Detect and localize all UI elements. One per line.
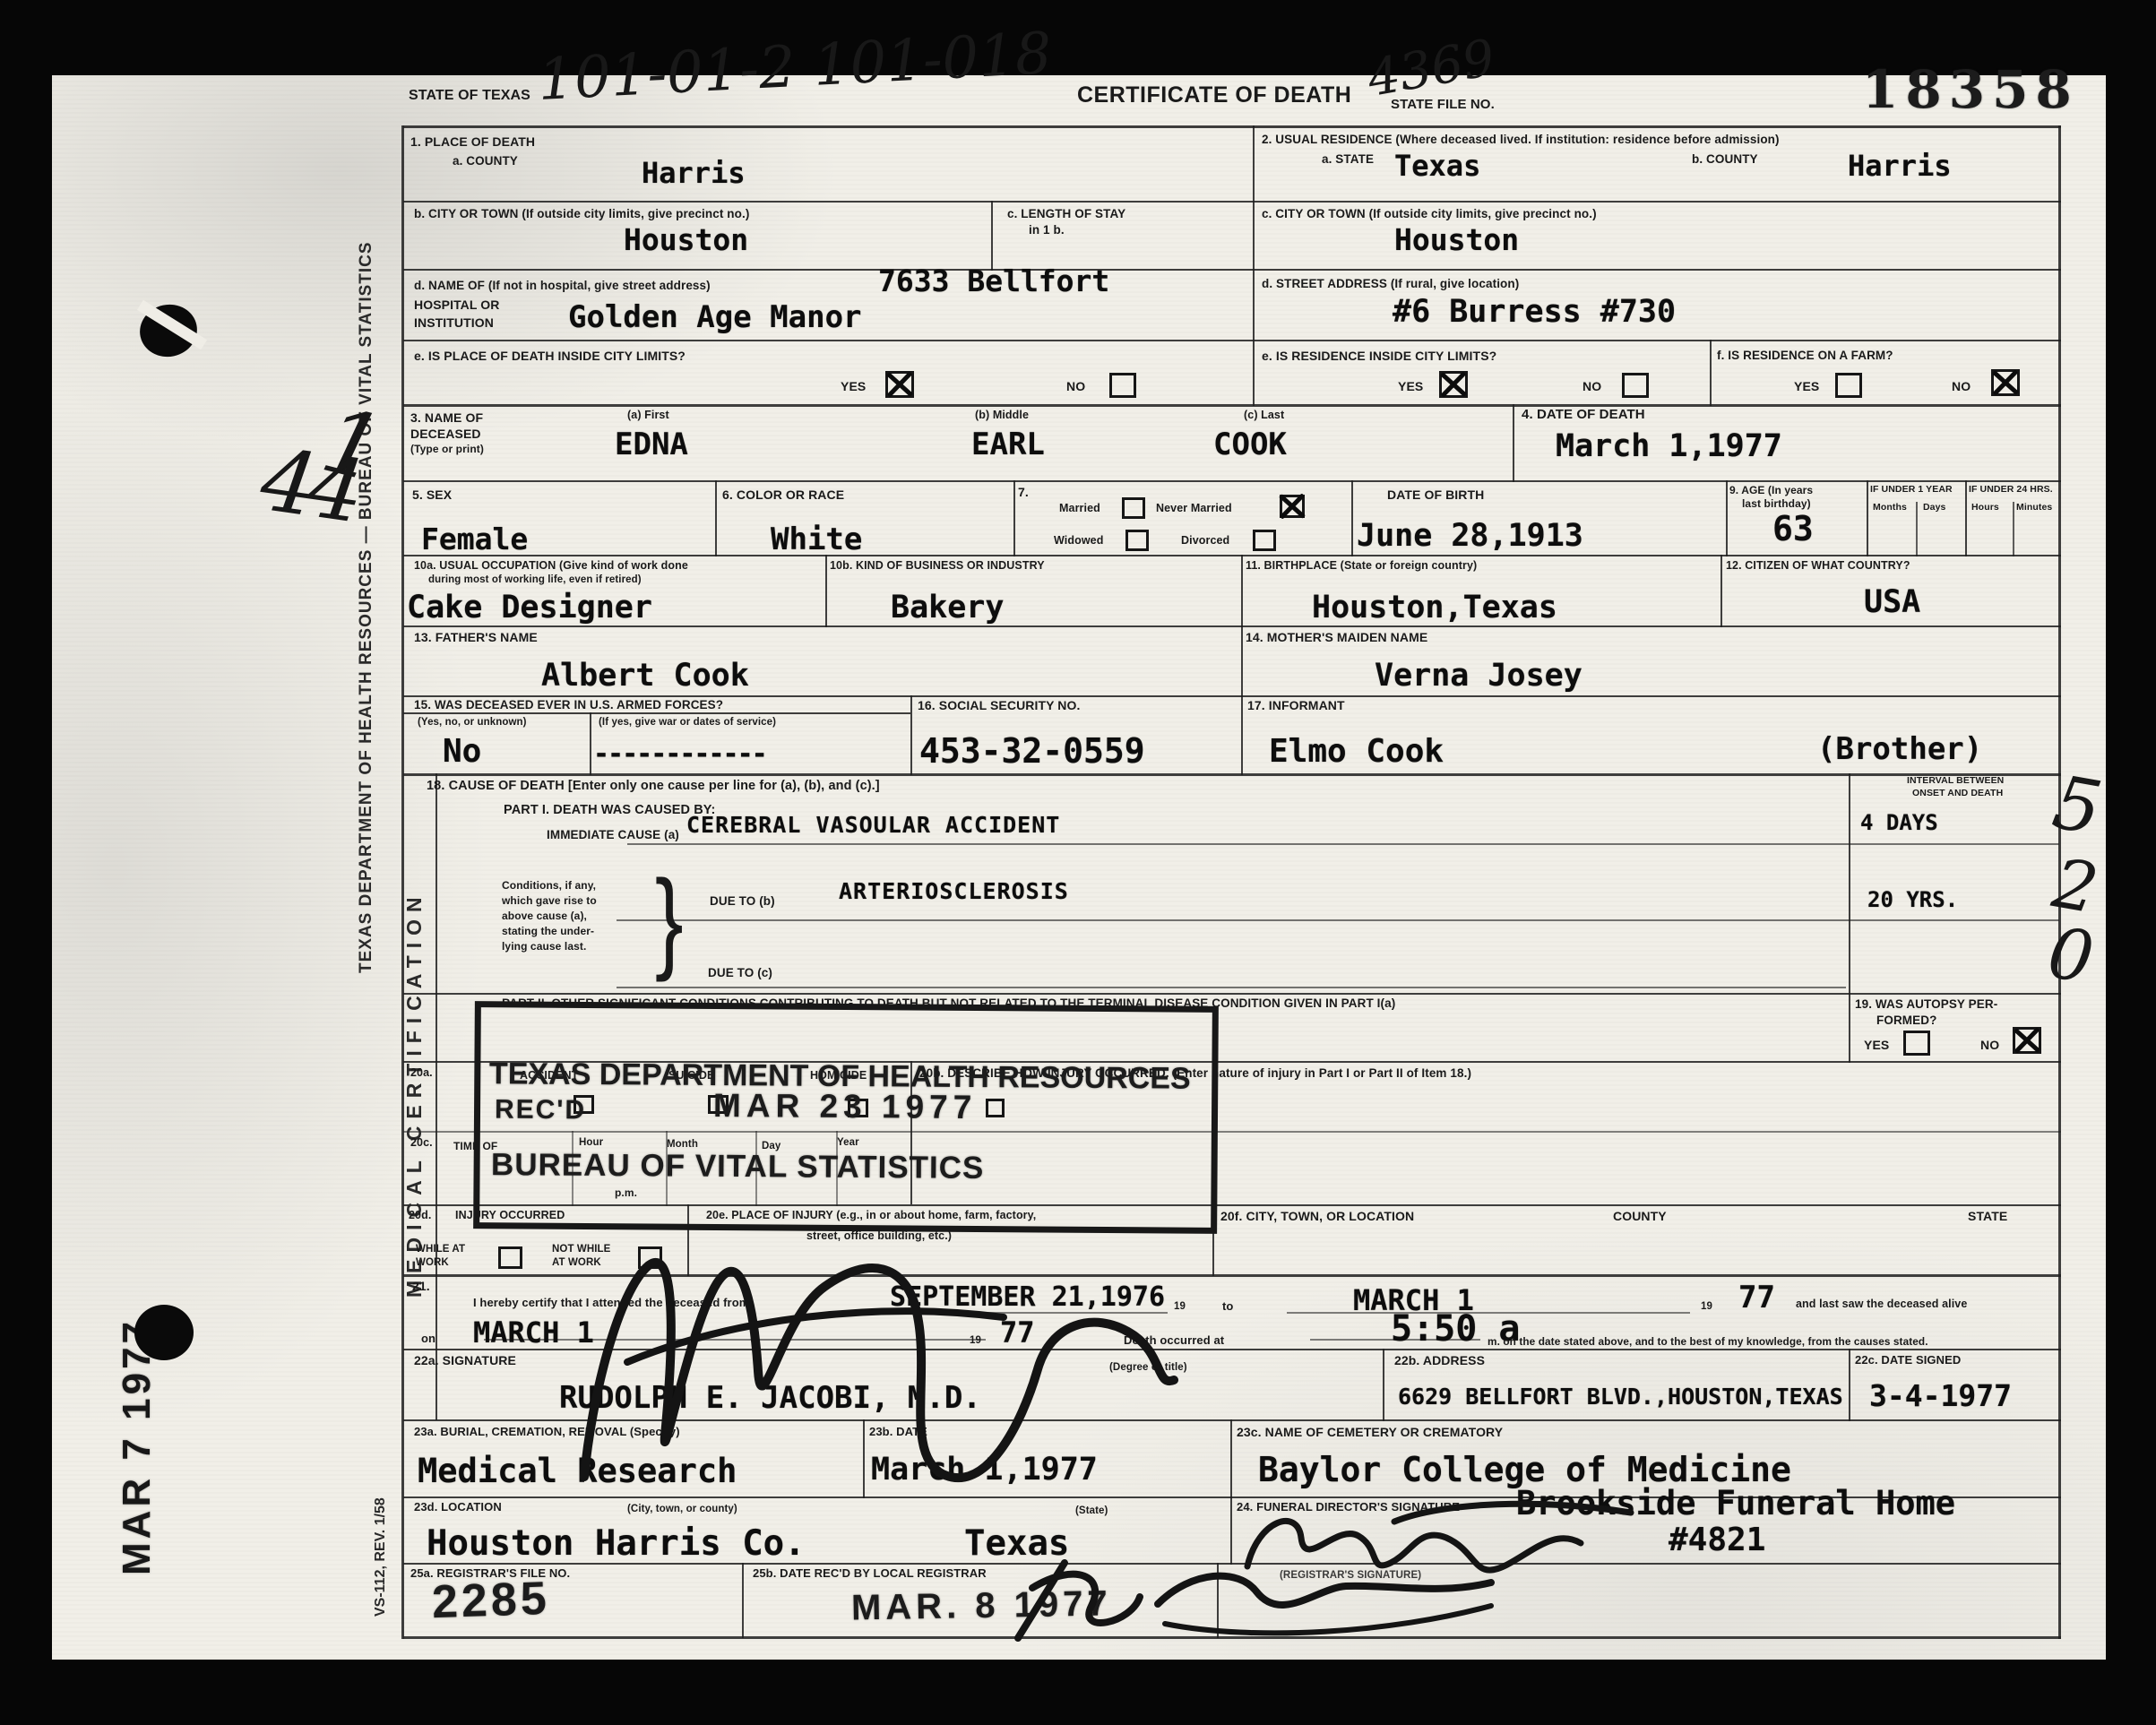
rule (825, 555, 827, 627)
accident-section-number: 20a. (410, 1066, 433, 1079)
residence-city-value: Houston (1394, 222, 1519, 257)
father-label: 13. FATHER'S NAME (414, 630, 538, 644)
degree-or-title-label: (Degree or title) (1109, 1362, 1187, 1373)
rule (1965, 480, 1967, 556)
res-no-label: NO (1583, 379, 1601, 393)
interval-b-value: 20 YRS. (1867, 887, 1958, 912)
autopsy-yes-label: YES (1864, 1038, 1889, 1052)
burial-label: 23a. BURIAL, CREMATION, REMOVAL (Specify… (414, 1425, 680, 1438)
middle-name-label: (b) Middle (975, 409, 1029, 421)
farm-yes-checkbox (1835, 373, 1862, 398)
informant-relation: (Brother) (1817, 731, 1982, 767)
marital-number: 7. (1018, 485, 1029, 499)
rule (1726, 480, 1728, 556)
usual-residence-title: 2. USUAL RESIDENCE (Where deceased lived… (1262, 133, 1780, 146)
first-name-label: (a) First (627, 409, 669, 421)
mother-value: Verna Josey (1375, 658, 1583, 694)
res-yes-label: YES (1398, 379, 1423, 393)
rule (2013, 502, 2014, 556)
widowed-label: Widowed (1054, 534, 1103, 547)
place-of-death-title: 1. PLACE OF DEATH (410, 134, 535, 149)
rule (436, 773, 437, 1420)
location-sub1: (City, town, or county) (627, 1504, 737, 1514)
interval-label1: INTERVAL BETWEEN (1907, 775, 2004, 786)
farm-yes-label: YES (1794, 379, 1819, 393)
race-label: 6. COLOR OR RACE (722, 487, 844, 502)
length-of-stay-label: c. LENGTH OF STAY (1007, 207, 1125, 220)
residence-city-label: c. CITY OR TOWN (If outside city limits,… (1262, 207, 1597, 220)
rule (742, 1563, 744, 1638)
rule (403, 625, 2061, 627)
part1-label: PART I. DEATH WAS CAUSED BY: (504, 803, 715, 817)
rule (403, 993, 2061, 995)
minutes-label: Minutes (2016, 502, 2052, 513)
cause-b-value: ARTERIOSCLEROSIS (839, 878, 1069, 904)
never-married-checkbox (1280, 495, 1305, 518)
age-value: 63 (1772, 509, 1814, 548)
rule (403, 1419, 2061, 1421)
rule (403, 695, 2061, 697)
rule (401, 125, 404, 1639)
occupation-label: 10a. USUAL OCCUPATION (Give kind of work… (414, 559, 688, 572)
street-address-label: d. STREET ADDRESS (If rural, give locati… (1262, 277, 1519, 290)
rule (1916, 502, 1918, 556)
to-word: to (1222, 1299, 1233, 1313)
nineteen-1: 19 (1174, 1301, 1186, 1312)
city-label: b. CITY OR TOWN (If outside city limits,… (414, 207, 749, 220)
location-label: 23d. LOCATION (414, 1500, 502, 1514)
hours-label: Hours (1971, 502, 1999, 513)
armed-forces-sub2: (If yes, give war or dates of service) (599, 717, 776, 728)
rule (1241, 625, 1243, 697)
rule (403, 480, 2061, 482)
while-at-work-label1: WHILE AT (416, 1244, 465, 1255)
attended-to-year: 77 (1738, 1280, 1775, 1315)
location-state-value: Texas (964, 1523, 1069, 1564)
vertical-medical-certification-label: MEDICAL CERTIFICATION (402, 890, 427, 1298)
pod-no-label: NO (1066, 379, 1085, 393)
length-of-stay-label2: in 1 b. (1029, 223, 1065, 237)
rule (403, 712, 910, 714)
residence-state-value: Texas (1394, 149, 1480, 183)
not-while-at-work-checkbox (638, 1246, 662, 1269)
rule (1013, 480, 1015, 556)
alive-on-date: MARCH 1 (473, 1315, 594, 1350)
rule (1720, 555, 1722, 627)
residence-county-label: b. COUNTY (1692, 152, 1758, 166)
name-label3: (Type or print) (410, 443, 484, 455)
last-name-label: (c) Last (1244, 409, 1284, 421)
stamp-small-box (986, 1099, 1005, 1117)
divorced-checkbox (1253, 530, 1276, 551)
pod-limits-label: e. IS PLACE OF DEATH INSIDE CITY LIMITS? (414, 349, 686, 363)
rule (1230, 1496, 1232, 1565)
never-married-label: Never Married (1156, 502, 1232, 514)
location-value: Houston Harris Co. (427, 1523, 806, 1564)
funeral-director-label: 24. FUNERAL DIRECTOR'S SIGNATURE (1237, 1500, 1460, 1514)
certify-tail-text: m. on the date stated above, and to the … (1488, 1335, 1928, 1348)
last-name-value: COOK (1213, 427, 1287, 462)
autopsy-yes-checkbox (1903, 1031, 1930, 1056)
farm-no-label: NO (1952, 379, 1971, 393)
rule (1849, 773, 1850, 1063)
not-while-at-work-label2: AT WORK (552, 1257, 601, 1268)
certify-pre-text: I hereby certify that I attended the dec… (473, 1296, 749, 1309)
rule (1230, 1419, 1232, 1498)
divorced-label: Divorced (1181, 534, 1229, 547)
nineteen-3: 19 (970, 1335, 981, 1346)
armed-forces-dashes: ------------ (593, 738, 766, 770)
rule (403, 404, 2061, 407)
brace-glyph: } (655, 855, 684, 984)
institution-label3: INSTITUTION (414, 315, 494, 330)
injury-occurred-number: 20d. (409, 1209, 431, 1221)
physician-typed-name: RUDOLPH E. JACOBI, M.D. (559, 1380, 981, 1416)
state-file-number-stamp: 18358 (1862, 59, 2079, 120)
alive-on-year: 77 (1000, 1315, 1035, 1350)
address-label: 22b. ADDRESS (1394, 1353, 1485, 1367)
state-file-no-label: STATE FILE NO. (1391, 97, 1495, 112)
rule (1351, 480, 1353, 556)
date-of-birth-label: DATE OF BIRTH (1387, 487, 1484, 502)
while-at-work-checkbox (498, 1246, 522, 1269)
interval-a-value: 4 DAYS (1860, 810, 1938, 835)
injury-city-label: 20f. CITY, TOWN, OR LOCATION (1220, 1209, 1414, 1223)
farm-no-checkbox (1991, 369, 2020, 396)
rule (403, 269, 2061, 271)
rule (1383, 1349, 1384, 1421)
rule (1849, 1349, 1850, 1421)
due-to-b-label: DUE TO (b) (710, 894, 775, 908)
autopsy-label1: 19. WAS AUTOPSY PER- (1855, 997, 1997, 1011)
middle-name-value: EARL (971, 427, 1045, 462)
rule (617, 987, 1846, 988)
rule (863, 1419, 865, 1498)
date-recd-value: MAR. 8 1977 (851, 1583, 1112, 1628)
name-label1: 3. NAME OF (410, 410, 483, 425)
location-sub2: (State) (1075, 1505, 1108, 1516)
physician-address: 6629 BELLFORT BLVD.,HOUSTON,TEXAS (1398, 1384, 1843, 1410)
res-yes-checkbox (1439, 371, 1468, 398)
received-stamp-recd: REC'D (495, 1095, 586, 1126)
institution-label: d. NAME OF (If not in hospital, give str… (414, 279, 711, 292)
business-value: Bakery (891, 590, 1004, 625)
date-recd-label: 25b. DATE REC'D BY LOCAL REGISTRAR (753, 1566, 987, 1580)
funeral-home-number: #4821 (1669, 1522, 1765, 1558)
while-at-work-label2: WORK (416, 1257, 449, 1268)
state-of-texas-label: STATE OF TEXAS (409, 88, 530, 104)
received-stamp-date: MAR 23 1977 (713, 1087, 978, 1126)
pod-yes-checkbox (885, 371, 914, 398)
days-label: Days (1923, 502, 1946, 513)
age-label2: last birthday) (1742, 497, 1811, 510)
rule (715, 480, 717, 556)
months-label: Months (1873, 502, 1907, 513)
informant-value: Elmo Cook (1269, 733, 1444, 770)
rule (991, 201, 993, 271)
rule (403, 555, 2061, 556)
rule (910, 695, 912, 775)
injury-county-label: COUNTY (1613, 1209, 1667, 1223)
rule (627, 843, 2059, 845)
handwritten-margin-44: 44 (255, 429, 364, 542)
street-address-value: #6 Burress #730 (1393, 294, 1676, 330)
death-occurred-label: Death occurred at (1124, 1333, 1224, 1347)
date-of-death-value: March 1,1977 (1556, 428, 1782, 464)
married-label: Married (1059, 502, 1100, 514)
interval-label2: ONSET AND DEATH (1912, 788, 2003, 798)
autopsy-no-checkbox (2013, 1027, 2041, 1054)
occupation-label2: during most of working life, even if ret… (428, 574, 642, 585)
rule (1253, 125, 1255, 406)
time-of-injury-number: 20c. (410, 1136, 433, 1149)
business-label: 10b. KIND OF BUSINESS OR INDUSTRY (830, 559, 1045, 572)
sex-label: 5. SEX (412, 487, 452, 502)
citizen-label: 12. CITIZEN OF WHAT COUNTRY? (1726, 559, 1910, 572)
informant-label: 17. INFORMANT (1247, 698, 1345, 712)
signature-label: 22a. SIGNATURE (414, 1353, 516, 1367)
under-24-hrs-label: IF UNDER 24 HRS. (1969, 484, 2053, 495)
rule (403, 773, 2061, 776)
res-no-checkbox (1622, 373, 1649, 398)
conditions-note: Conditions, if any, which gave rise to a… (502, 878, 597, 954)
rule (590, 712, 591, 775)
widowed-checkbox (1125, 530, 1149, 551)
age-label1: 9. AGE (In years (1729, 484, 1813, 496)
birthplace-label: 11. BIRTHPLACE (State or foreign country… (1246, 559, 1477, 572)
rule (403, 1636, 2061, 1639)
immediate-cause-label: IMMEDIATE CAUSE (a) (547, 828, 679, 841)
date-signed-label: 22c. DATE SIGNED (1855, 1353, 1961, 1367)
nineteen-2: 19 (1701, 1301, 1712, 1312)
county-label: a. COUNTY (453, 154, 518, 168)
injury-state-label: STATE (1968, 1209, 2007, 1223)
ssn-value: 453-32-0559 (919, 731, 1145, 771)
rule (1217, 1563, 1219, 1638)
rule (403, 1274, 2061, 1277)
burial-date-value: March 1,1977 (871, 1452, 1098, 1488)
occupation-value: Cake Designer (407, 590, 652, 625)
burial-value: Medical Research (418, 1452, 737, 1490)
scanned-death-certificate: STATE OF TEXAS 101-01-2 101-018 CERTIFIC… (0, 0, 2156, 1725)
funeral-home-value: Brookside Funeral Home (1516, 1484, 1955, 1522)
cause-of-death-label: 18. CAUSE OF DEATH [Enter only one cause… (427, 779, 880, 793)
citizen-value: USA (1864, 584, 1920, 620)
rule (1241, 555, 1243, 627)
rule (403, 340, 2061, 341)
under-1-year-label: IF UNDER 1 YEAR (1870, 484, 1953, 495)
county-value: Harris (642, 156, 746, 190)
burial-date-label: 23b. DATE (869, 1425, 927, 1438)
race-value: White (771, 522, 862, 557)
received-stamp-line3: BUREAU OF VITAL STATISTICS (491, 1147, 985, 1186)
birthplace-value: Houston,Texas (1312, 590, 1557, 625)
institution-label2: HOSPITAL OR (414, 298, 499, 312)
registrar-file-no-value: 2285 (431, 1572, 551, 1630)
city-value: Houston (624, 222, 748, 257)
certificate-title: CERTIFICATE OF DEATH (1077, 82, 1351, 108)
ssn-label: 16. SOCIAL SECURITY NO. (918, 698, 1081, 712)
armed-forces-label: 15. WAS DECEASED EVER IN U.S. ARMED FORC… (414, 698, 723, 712)
rule (617, 919, 2059, 921)
rule (1241, 695, 1243, 775)
residence-county-value: Harris (1848, 149, 1952, 183)
mother-label: 14. MOTHER'S MAIDEN NAME (1246, 630, 1427, 644)
pod-no-checkbox (1109, 373, 1136, 398)
married-checkbox (1122, 497, 1145, 519)
vertical-agency-label: TEXAS DEPARTMENT OF HEALTH RESOURCES — B… (357, 241, 376, 973)
certify-number: 21. (412, 1279, 430, 1293)
pod-yes-label: YES (841, 379, 866, 393)
rule (1710, 340, 1712, 406)
autopsy-no-label: NO (1980, 1038, 1999, 1052)
date-of-death-label: 4. DATE OF DEATH (1522, 407, 1645, 422)
rule (403, 1349, 2061, 1350)
due-to-c-label: DUE TO (c) (708, 966, 772, 979)
first-name-value: EDNA (615, 427, 688, 462)
rule (1867, 480, 1868, 556)
date-of-birth-value: June 28,1913 (1357, 518, 1583, 554)
attended-from-date: SEPTEMBER 21,1976 (890, 1281, 1165, 1313)
father-value: Albert Cook (541, 658, 749, 694)
institution-street-value: 7633 Bellfort (878, 263, 1109, 298)
institution-name-value: Golden Age Manor (568, 299, 862, 335)
name-label2: DECEASED (410, 427, 481, 441)
not-while-at-work-label1: NOT WHILE (552, 1244, 610, 1255)
armed-forces-value: No (443, 733, 481, 770)
registrar-signature-label: (REGISTRAR'S SIGNATURE) (1280, 1570, 1421, 1581)
last-saw-text: and last saw the deceased alive (1796, 1298, 1967, 1310)
rule (1513, 404, 1514, 482)
form-code-label: VS-112, REV. 1/58 (373, 1497, 389, 1617)
rule (403, 125, 2061, 128)
autopsy-label2: FORMED? (1876, 1013, 1936, 1027)
farm-label: f. IS RESIDENCE ON A FARM? (1717, 349, 1893, 362)
cause-a-value: CEREBRAL VASOULAR ACCIDENT (686, 812, 1060, 838)
sex-value: Female (421, 522, 528, 556)
rule (403, 201, 2061, 203)
hole-punch-bottom (134, 1305, 194, 1360)
residence-state-label: a. STATE (1322, 152, 1374, 166)
date-signed-value: 3-4-1977 (1869, 1378, 2012, 1413)
res-limits-label: e. IS RESIDENCE INSIDE CITY LIMITS? (1262, 349, 1496, 363)
cemetery-label: 23c. NAME OF CEMETERY OR CREMATORY (1237, 1425, 1503, 1439)
armed-forces-sub1: (Yes, no, or unknown) (418, 717, 527, 728)
on-word: on (421, 1332, 436, 1345)
